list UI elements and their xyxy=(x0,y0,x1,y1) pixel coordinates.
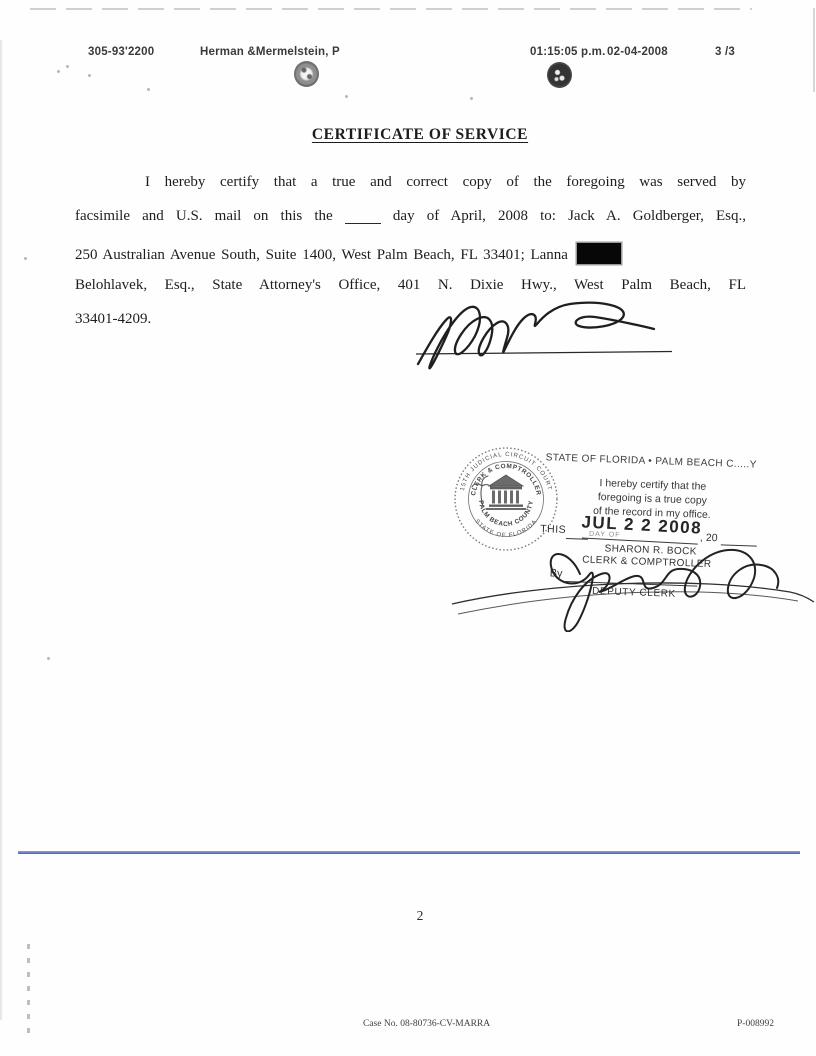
scan-speck xyxy=(147,88,150,91)
body-line-3: 250 Australian Avenue South, Suite 1400,… xyxy=(75,243,746,264)
attorney-signature xyxy=(402,298,687,376)
ink-smudge-stamp-right xyxy=(547,62,572,88)
scan-speck xyxy=(47,657,50,660)
scan-speck xyxy=(57,70,60,73)
scan-speck xyxy=(470,97,473,100)
seal-inner-bottom-text: PALM BEACH COUNTY xyxy=(477,500,535,528)
fax-time: 01:15:05 p.m. xyxy=(530,46,605,58)
footer-case-number: Case No. 08-80736-CV-MARRA xyxy=(363,1019,490,1029)
footer-doc-id: P-008992 xyxy=(737,1019,774,1029)
scan-speck xyxy=(345,95,348,98)
scan-artifact-right-edge xyxy=(813,8,815,92)
svg-text:PALM BEACH COUNTY: PALM BEACH COUNTY xyxy=(477,500,535,528)
day-blank-line xyxy=(345,209,381,224)
scan-artifact-left-dashes xyxy=(27,944,30,1040)
scan-speck xyxy=(88,74,91,77)
body-line-1: I hereby certify that a true and correct… xyxy=(75,174,746,191)
fax-page-indicator: 3 /3 xyxy=(715,46,735,58)
fax-sender: Herman &Mermelstein, P xyxy=(200,46,340,58)
scanned-document-page: 305-93'2200 Herman &Mermelstein, P 01:15… xyxy=(0,0,816,1056)
fax-phone: 305-93'2200 xyxy=(88,46,154,58)
body-line-2: facsimile and U.S. mail on this the day … xyxy=(75,208,746,225)
fax-date: 02-04-2008 xyxy=(607,46,668,58)
scan-speck xyxy=(66,65,69,68)
page-divider-line xyxy=(18,851,800,854)
scan-artifact-left-edge xyxy=(0,40,3,1020)
deputy-clerk-signature xyxy=(438,528,816,632)
page-number: 2 xyxy=(30,908,810,924)
ink-smudge-stamp-left xyxy=(294,61,319,87)
body-line-4: Belohlavek, Esq., State Attorney's Offic… xyxy=(75,277,746,294)
redaction-box xyxy=(577,243,621,264)
scan-speck xyxy=(24,257,27,260)
scan-artifact-top-line xyxy=(30,8,752,10)
stamp-state-header: STATE OF FLORIDA • PALM BEACH C.....Y xyxy=(546,452,757,470)
document-title: CERTIFICATE OF SERVICE xyxy=(30,126,810,144)
